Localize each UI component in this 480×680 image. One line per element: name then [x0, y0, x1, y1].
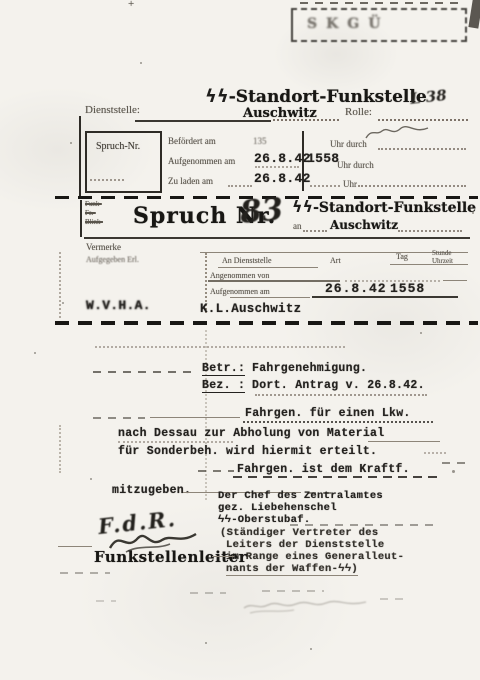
dienststelle-dots [273, 119, 339, 121]
smudge-dash-1 [190, 592, 226, 594]
speck [310, 648, 312, 650]
form-left-border [79, 116, 81, 196]
betr-text: Fahrgenehmigung. [252, 362, 367, 375]
row3-right-label: Uhr [343, 179, 357, 189]
spruch-number-handwriting: 83 [239, 191, 285, 231]
left-margin-dashes-2 [59, 425, 61, 473]
col-art: Art [330, 256, 341, 265]
col34-underline [390, 264, 468, 265]
line4-lead-dashes [198, 470, 234, 472]
right-margin-dashes [442, 462, 472, 464]
message-line4: Fahrgen. ist dem Kraftf. [237, 463, 410, 476]
speck [90, 478, 92, 480]
line2-underdots [118, 441, 233, 443]
field-rolle-label: Rolle: [345, 106, 372, 118]
betr-label: Betr.: [202, 362, 245, 376]
letterhead-station: -Standort-Funkstelle [229, 87, 427, 107]
ss-runes-icon: ϟϟ [205, 86, 229, 107]
stamp-text: SKGÜ [307, 16, 389, 32]
line1-underline [243, 421, 433, 423]
row1-rule-end [443, 280, 467, 281]
crossed-word-funk: Funk- [85, 200, 102, 208]
col1-underline [218, 267, 318, 268]
row3-label: Zu laden am [168, 176, 213, 186]
bez-label: Bez. : [202, 379, 245, 393]
form-rule-faint [95, 346, 345, 348]
stamp-box: SKGÜ [291, 8, 467, 42]
letterhead: ϟϟ-Standort-Funkstelle [205, 86, 427, 107]
speck [205, 642, 207, 644]
line3-tail-dots [424, 452, 446, 454]
bez-underline-dots [255, 394, 427, 396]
sig-line2: gez. Liebehenschel [218, 502, 337, 514]
speck [70, 142, 72, 144]
an-dots-left [303, 230, 327, 232]
row2-label: Aufgenommen am [168, 156, 235, 166]
smudge-dash-2 [262, 590, 324, 592]
row2-rule-left [230, 297, 310, 298]
fold-line-lower [205, 330, 207, 500]
table-row2-label: Aufgenommen am [210, 287, 270, 296]
ss-runes-icon: ϟϟ [292, 197, 313, 216]
speck [140, 62, 142, 64]
left-margin-dashes-1 [59, 252, 61, 318]
row2-dots [255, 166, 299, 168]
row2-rule [312, 296, 458, 298]
rolle-dots [378, 119, 468, 121]
dienststelle-underline [135, 120, 271, 122]
an-dots-right [398, 230, 462, 232]
row3-date: 26.8.42 [254, 171, 311, 186]
field-dienststelle-label: Dienststelle: [85, 104, 140, 116]
row1-faint-value: 135 [253, 136, 267, 146]
speck [62, 302, 64, 304]
sig-line5: Leiters der Dienststelle [226, 539, 384, 551]
col-dienststelle: An Dienststelle [222, 256, 272, 265]
col-stunde: Stunde [432, 249, 451, 257]
smudge-dash-4 [96, 600, 116, 602]
document-page: + SKGÜ ϟϟ-Standort-Funkstelle Auschwitz … [0, 0, 480, 680]
header-station: ϟϟ-Standort-Funkstelle [292, 197, 476, 217]
row1-label: Befördert am [168, 136, 216, 146]
sig-line6: im Range eines Generalleut- [226, 551, 404, 563]
smudge-dash-3 [380, 598, 408, 600]
bez-text: Dort. Antrag v. 26.8.42. [252, 379, 425, 392]
betr-lead-dashes [93, 371, 197, 373]
line2-tail-rule [368, 441, 440, 442]
speck [452, 470, 455, 473]
spruch-nr-label: Spruch-Nr. [96, 141, 140, 152]
aufgenommen-time: 1558 [390, 281, 425, 296]
stamp-top-dashes [300, 2, 465, 4]
registration-mark: + [128, 0, 134, 10]
crossed-word-fs: Fs.- [85, 209, 96, 217]
row2-date: 26.8.42 [254, 151, 311, 166]
smudge-handwriting [240, 596, 370, 616]
wvha-text: W.V.H.A. [86, 298, 151, 313]
crossed-word-blink: Blink- [85, 218, 103, 226]
separator-dashed-2 [55, 321, 478, 325]
rolle-value-handwriting: L 38 [409, 86, 447, 108]
aufgenommen-date: 26.8.42 [325, 281, 387, 296]
spruch-nr-dots [90, 179, 124, 181]
header-left-border [80, 200, 82, 237]
vermerke-top-rule [200, 252, 468, 253]
role-right-rule [212, 556, 234, 557]
kl-auschwitz-text: K.L.Auschwitz [200, 302, 301, 316]
table-row1-label: Angenommen von [210, 271, 269, 280]
spruch-nr-cell: Spruch-Nr. [85, 131, 162, 193]
speck [420, 332, 422, 334]
row1-rule [208, 280, 340, 282]
vermerke-label: Vermerke [86, 242, 121, 252]
message-line1: Fahrgen. für einen Lkw. [245, 407, 411, 420]
speck [472, 212, 474, 214]
sig-line4: (Ständiger Vertreter des [220, 527, 378, 539]
message-line2: nach Dessau zur Abholung von Material [118, 427, 384, 440]
scan-edge-artifact [468, 0, 480, 29]
line1-lead-rule [150, 417, 240, 418]
sig-dash-rule [290, 524, 440, 526]
row1-dots [378, 148, 466, 150]
row2-time: 1558 [307, 151, 339, 166]
col-tag: Tag [396, 252, 408, 261]
message-line3: für Sonderbeh. wird hiermit erteilt. [118, 445, 377, 458]
funkstellenleiter-label: Funkstellenleiter [94, 548, 247, 566]
bottom-left-dashes [60, 572, 110, 574]
vermerke-left-note: Aufgegeben Erl. [86, 255, 139, 264]
fdr-left-rule [58, 546, 92, 547]
header-place: Auschwitz [330, 218, 398, 232]
row3-lead-dots [228, 185, 252, 187]
line1-lead-dashes [93, 417, 145, 419]
header-bottom-rule [84, 237, 470, 239]
speck [34, 352, 36, 354]
sig-line1: Der Chef des Zentralamtes [218, 490, 383, 502]
header-station-name: -Standort-Funkstelle [313, 200, 476, 216]
handwriting-scribble-top [362, 124, 432, 142]
an-label: an [293, 221, 302, 231]
row2-right-label: Uhr durch [337, 160, 374, 170]
row3-mid-dots [310, 185, 340, 187]
message-line5: mitzugeben. [112, 484, 191, 497]
row3-dots [358, 185, 466, 187]
line4-underline-dashes [233, 476, 438, 478]
